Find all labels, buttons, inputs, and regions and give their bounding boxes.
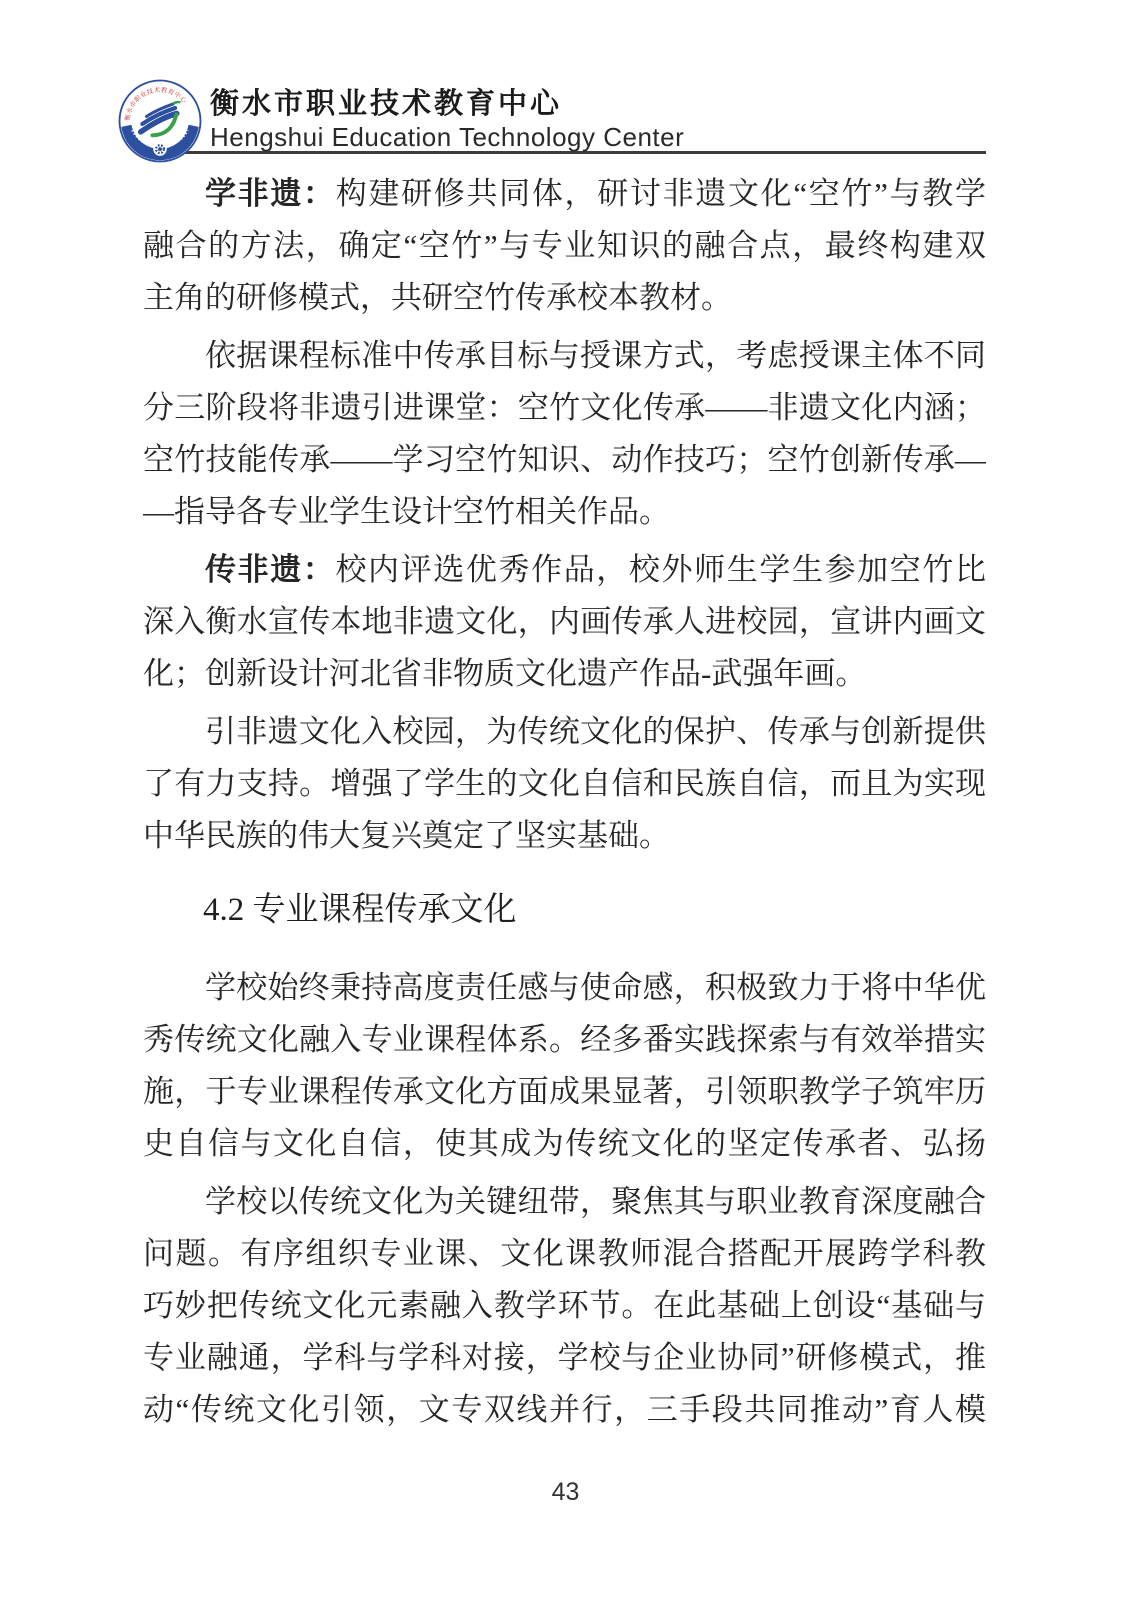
page-header: 衡水市职业技术教育中心 Hengshui Education Technolog…	[210, 86, 684, 152]
text-line: 分三阶段将非遗引进课堂：空竹文化传承——非遗文化内涵；	[143, 382, 986, 434]
text-line: 深入衡水宣传本地非遗文化，内画传承人进校园，宣讲内画文	[143, 596, 986, 648]
org-name-zh: 衡水市职业技术教育中心	[210, 86, 684, 120]
text-line: 依据课程标准中传承目标与授课方式，考虑授课主体不同	[143, 330, 986, 382]
text-line: 化；创新设计河北省非物质文化遗产作品-武强年画。	[143, 648, 986, 700]
text-line: 问题。有序组织专业课、文化课教师混合搭配开展跨学科教学，	[143, 1228, 986, 1280]
text-line: 史自信与文化自信，使其成为传统文化的坚定传承者、弘扬者。	[143, 1118, 986, 1170]
text-line: 学非遗：构建研修共同体，研讨非遗文化“空竹”与教学	[143, 168, 986, 220]
text-line: 学校以传统文化为关键纽带，聚焦其与职业教育深度融合	[143, 1176, 986, 1228]
bold-run: 学非遗：	[205, 176, 336, 211]
text-line: 动“传统文化引领，文专双线并行，三手段共同推动”育人模	[143, 1384, 986, 1436]
text-line: 专业融通，学科与学科对接，学校与企业协同”研修模式，推	[143, 1332, 986, 1384]
text-line: 了有力支持。增强了学生的文化自信和民族自信，而且为实现	[143, 758, 986, 810]
body-paragraph: 学校始终秉持高度责任感与使命感，积极致力于将中华优秀传统文化融入专业课程体系。经…	[143, 962, 986, 1170]
body-paragraph: 学校以传统文化为关键纽带，聚焦其与职业教育深度融合问题。有序组织专业课、文化课教…	[143, 1176, 986, 1436]
text-line: 传非遗：校内评选优秀作品，校外师生学生参加空竹比赛；	[143, 544, 986, 596]
logo-gear-icon	[153, 142, 166, 155]
document-page: 衡水市职业技术教育中心 衡水市职业技术教育中心 Hengshui Educati…	[0, 0, 1131, 1600]
text-line: 学校始终秉持高度责任感与使命感，积极致力于将中华优	[143, 962, 986, 1014]
text-line: 引非遗文化入校园，为传统文化的保护、传承与创新提供	[143, 706, 986, 758]
text-line: —指导各专业学生设计空竹相关作品。	[143, 486, 986, 538]
org-name-en: Hengshui Education Technology Center	[210, 122, 684, 152]
body-paragraph: 引非遗文化入校园，为传统文化的保护、传承与创新提供了有力支持。增强了学生的文化自…	[143, 706, 986, 862]
document-body: 学非遗：构建研修共同体，研讨非遗文化“空竹”与教学融合的方法，确定“空竹”与专业…	[143, 168, 986, 1442]
body-paragraph: 依据课程标准中传承目标与授课方式，考虑授课主体不同分三阶段将非遗引进课堂：空竹文…	[143, 330, 986, 538]
text-line: 秀传统文化融入专业课程体系。经多番实践探索与有效举措实	[143, 1014, 986, 1066]
text-line: 融合的方法，确定“空竹”与专业知识的融合点，最终构建双	[143, 220, 986, 272]
page-number: 43	[0, 1478, 1131, 1507]
school-logo-icon: 衡水市职业技术教育中心	[118, 79, 202, 163]
text-run: 构建研修共同体，研讨非遗文化“空竹”与教学	[336, 176, 986, 211]
text-line: 中华民族的伟大复兴奠定了坚实基础。	[143, 810, 986, 862]
section-heading: 4.2 专业课程传承文化	[143, 888, 986, 932]
text-line: 巧妙把传统文化元素融入教学环节。在此基础上创设“基础与	[143, 1280, 986, 1332]
body-paragraph: 学非遗：构建研修共同体，研讨非遗文化“空竹”与教学融合的方法，确定“空竹”与专业…	[143, 168, 986, 324]
bold-run: 传非遗：	[205, 552, 335, 587]
body-paragraph: 传非遗：校内评选优秀作品，校外师生学生参加空竹比赛；深入衡水宣传本地非遗文化，内…	[143, 544, 986, 700]
text-line: 施，于专业课程传承文化方面成果显著，引领职教学子筑牢历	[143, 1066, 986, 1118]
text-line: 空竹技能传承——学习空竹知识、动作技巧；空竹创新传承—	[143, 434, 986, 486]
text-line: 主角的研修模式，共研空竹传承校本教材。	[143, 272, 986, 324]
